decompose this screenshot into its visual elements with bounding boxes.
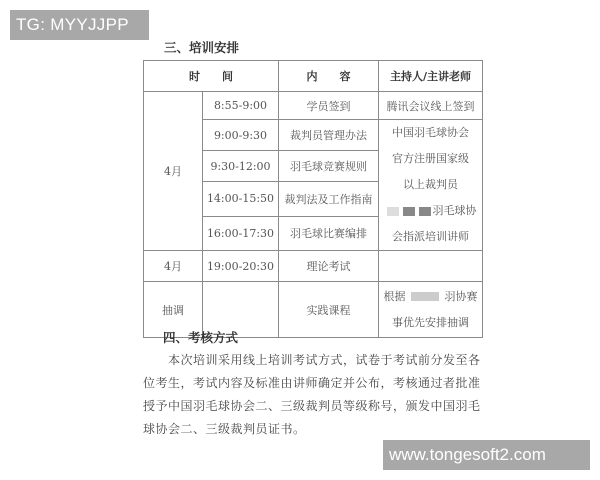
content-cell: 裁判员管理办法: [279, 120, 379, 151]
time-cell: 16:00-17:30: [203, 216, 279, 250]
redaction-block: [387, 207, 399, 216]
redaction-block: [403, 207, 415, 216]
assessment-paragraph: 本次培训采用线上培训考试方式，试卷于考试前分发至各位考生，考试内容及标准由讲师确…: [143, 349, 483, 441]
table-row: 4月 19:00-20:30 理论考试: [144, 251, 483, 282]
header-time: 时 间: [144, 61, 279, 92]
content-cell: 羽毛球竞赛规则: [279, 151, 379, 182]
content-cell: 裁判法及工作指南: [279, 182, 379, 216]
content-cell: 学员签到: [279, 92, 379, 120]
host-line: 中国羽毛球协会: [379, 120, 482, 146]
host-line: 以上裁判员: [379, 172, 482, 198]
content-cell: 羽毛球比赛编排: [279, 216, 379, 250]
host-cell: 腾讯会议线上签到: [379, 92, 483, 120]
watermark-bottom: www.tongesoft2.com: [383, 440, 590, 470]
host-cell-merged: 中国羽毛球协会 官方注册国家级 以上裁判员 羽毛球协 会指派培训讲师: [379, 120, 483, 251]
table-header-row: 时 间 内 容 主持人/主讲老师: [144, 61, 483, 92]
header-content: 内 容: [279, 61, 379, 92]
time-cell: 14:00-15:50: [203, 182, 279, 216]
date-cell: 4月: [144, 251, 203, 282]
date-cell: 4月: [144, 92, 203, 251]
section-3-title: 三、培训安排: [164, 38, 239, 56]
host-line: 事优先安排抽调: [379, 310, 482, 336]
table-row: 4月 8:55-9:00 学员签到 腾讯会议线上签到: [144, 92, 483, 120]
time-cell: 9:00-9:30: [203, 120, 279, 151]
host-line-redacted: 根据 羽协赛: [379, 284, 482, 310]
time-cell: 8:55-9:00: [203, 92, 279, 120]
time-cell: 9:30-12:00: [203, 151, 279, 182]
host-cell-practice: 根据 羽协赛 事优先安排抽调: [379, 282, 483, 338]
host-line: 官方注册国家级: [379, 146, 482, 172]
host-line: 会指派培训讲师: [379, 224, 482, 250]
content-cell: 理论考试: [279, 251, 379, 282]
watermark-top: TG: MYYJJPP: [10, 10, 149, 40]
content-cell: 实践课程: [279, 282, 379, 338]
redaction-block: [411, 292, 439, 301]
host-line-redacted: 羽毛球协: [379, 198, 482, 224]
redaction-block: [419, 207, 431, 216]
training-schedule-table: 时 间 内 容 主持人/主讲老师 4月 8:55-9:00 学员签到 腾讯会议线…: [143, 60, 483, 338]
time-cell: 19:00-20:30: [203, 251, 279, 282]
header-host: 主持人/主讲老师: [379, 61, 483, 92]
section-4-title: 四、考核方式: [163, 328, 238, 346]
host-cell: [379, 251, 483, 282]
